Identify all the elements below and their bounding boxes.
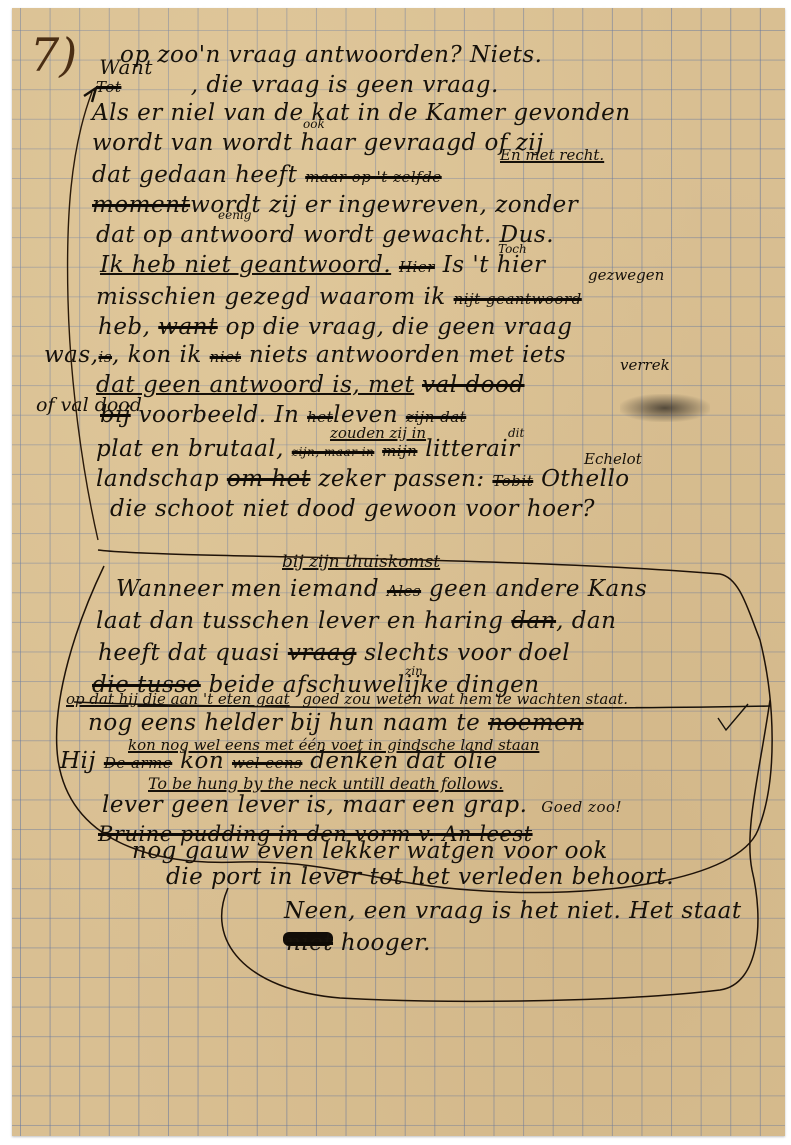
section-2-heading: bij zijn thuiskomst xyxy=(282,552,440,572)
s3-line-2: niet hooger. xyxy=(286,930,431,956)
line-11: was,is, kon ik niet niets antwoorden met… xyxy=(44,342,566,368)
line-8: Ik heb niet geantwoord. Hier Is 't hier xyxy=(100,252,546,278)
margin-note-goed-zoo: Goed zoo! xyxy=(541,798,622,816)
deleted-word: Tot xyxy=(96,78,121,96)
s3-line-1: Neen, een vraag is het niet. Het staat xyxy=(284,898,742,924)
s2-line-5: op dat hij die aan 't eten gaat goed zou… xyxy=(66,690,628,708)
page-number: 7) xyxy=(30,28,77,82)
line-14: plat en brutaal, zijn, maar in mijn litt… xyxy=(96,436,520,462)
deleted-phrase: maar op 't zelfde xyxy=(305,168,441,186)
s2-line-1: Wanneer men iemand Ales geen andere Kans xyxy=(116,576,647,602)
s2-line-3: heeft dat quasi vraag slechts voor doel xyxy=(98,640,570,666)
insertion-en-met-recht: En met recht. xyxy=(500,146,604,164)
deleted-word: want xyxy=(158,314,217,340)
insertion-toch: Toch xyxy=(498,242,527,256)
s2-line-6: nog eens helder bij hun naam te noemen xyxy=(88,710,584,736)
line-9: misschien gezegd waarom ik nijt geantwoo… xyxy=(96,284,582,310)
line-4: wordt van wordt haar gevraagd of zij xyxy=(92,130,544,156)
s2-line-9: lever geen lever is, maar een grap. Goed… xyxy=(102,792,622,818)
insertion-dit: dit xyxy=(508,426,524,440)
line-15: landschap om het zeker passen: Tobit Oth… xyxy=(96,466,630,492)
ink-smudge xyxy=(620,394,710,422)
line-2: Tot Want , die vraag is geen vraag. xyxy=(96,72,499,98)
line-16: die schoot niet dood gewoon voor hoer? xyxy=(110,496,595,522)
deleted-phrase: nijt geantwoord xyxy=(454,290,582,308)
deleted-phrase: val dood xyxy=(422,372,525,398)
insertion-eenig: eenig xyxy=(218,208,251,222)
s2-line-7: Hij De arme kon wel eens denken dat olie xyxy=(60,748,498,774)
line-3: Als er niel van de kat in de Kamer gevon… xyxy=(92,100,631,126)
insertion-gezwegen: gezwegen xyxy=(588,266,664,284)
insertion-english-quote: To be hung by the neck untill death foll… xyxy=(148,774,503,793)
perforated-edge xyxy=(12,4,785,12)
s2-line-11: nog gauw even lekker watgen voor ook xyxy=(132,838,608,864)
deleted-word: Hier xyxy=(399,258,435,276)
line-1: op zoo'n vraag antwoorden? Niets. xyxy=(120,42,542,68)
line-6: momentwordt zij er ingewreven, zonder xyxy=(92,192,578,218)
line-7: dat op antwoord wordt gewacht. Dus. xyxy=(96,222,554,248)
s2-line-12: die port in lever tot het verleden behoo… xyxy=(166,864,674,890)
s2-line-2: laat dan tusschen lever en haring dan, d… xyxy=(96,608,616,634)
insertion-verrek: verrek xyxy=(620,356,670,374)
insertion: Want xyxy=(99,55,153,79)
line-12: dat geen antwoord is, met val dood xyxy=(96,372,525,398)
insertion-echelot: Echelot xyxy=(584,450,642,468)
line-5: dat gedaan heeft maar op 't zelfde xyxy=(92,162,442,188)
deleted-word: moment xyxy=(92,192,190,218)
insertion-zouden-zij-in: zouden zij in xyxy=(330,424,426,442)
line-10: heb, want op die vraag, die geen vraag xyxy=(98,314,572,340)
insertion-ook: ook xyxy=(303,117,325,131)
